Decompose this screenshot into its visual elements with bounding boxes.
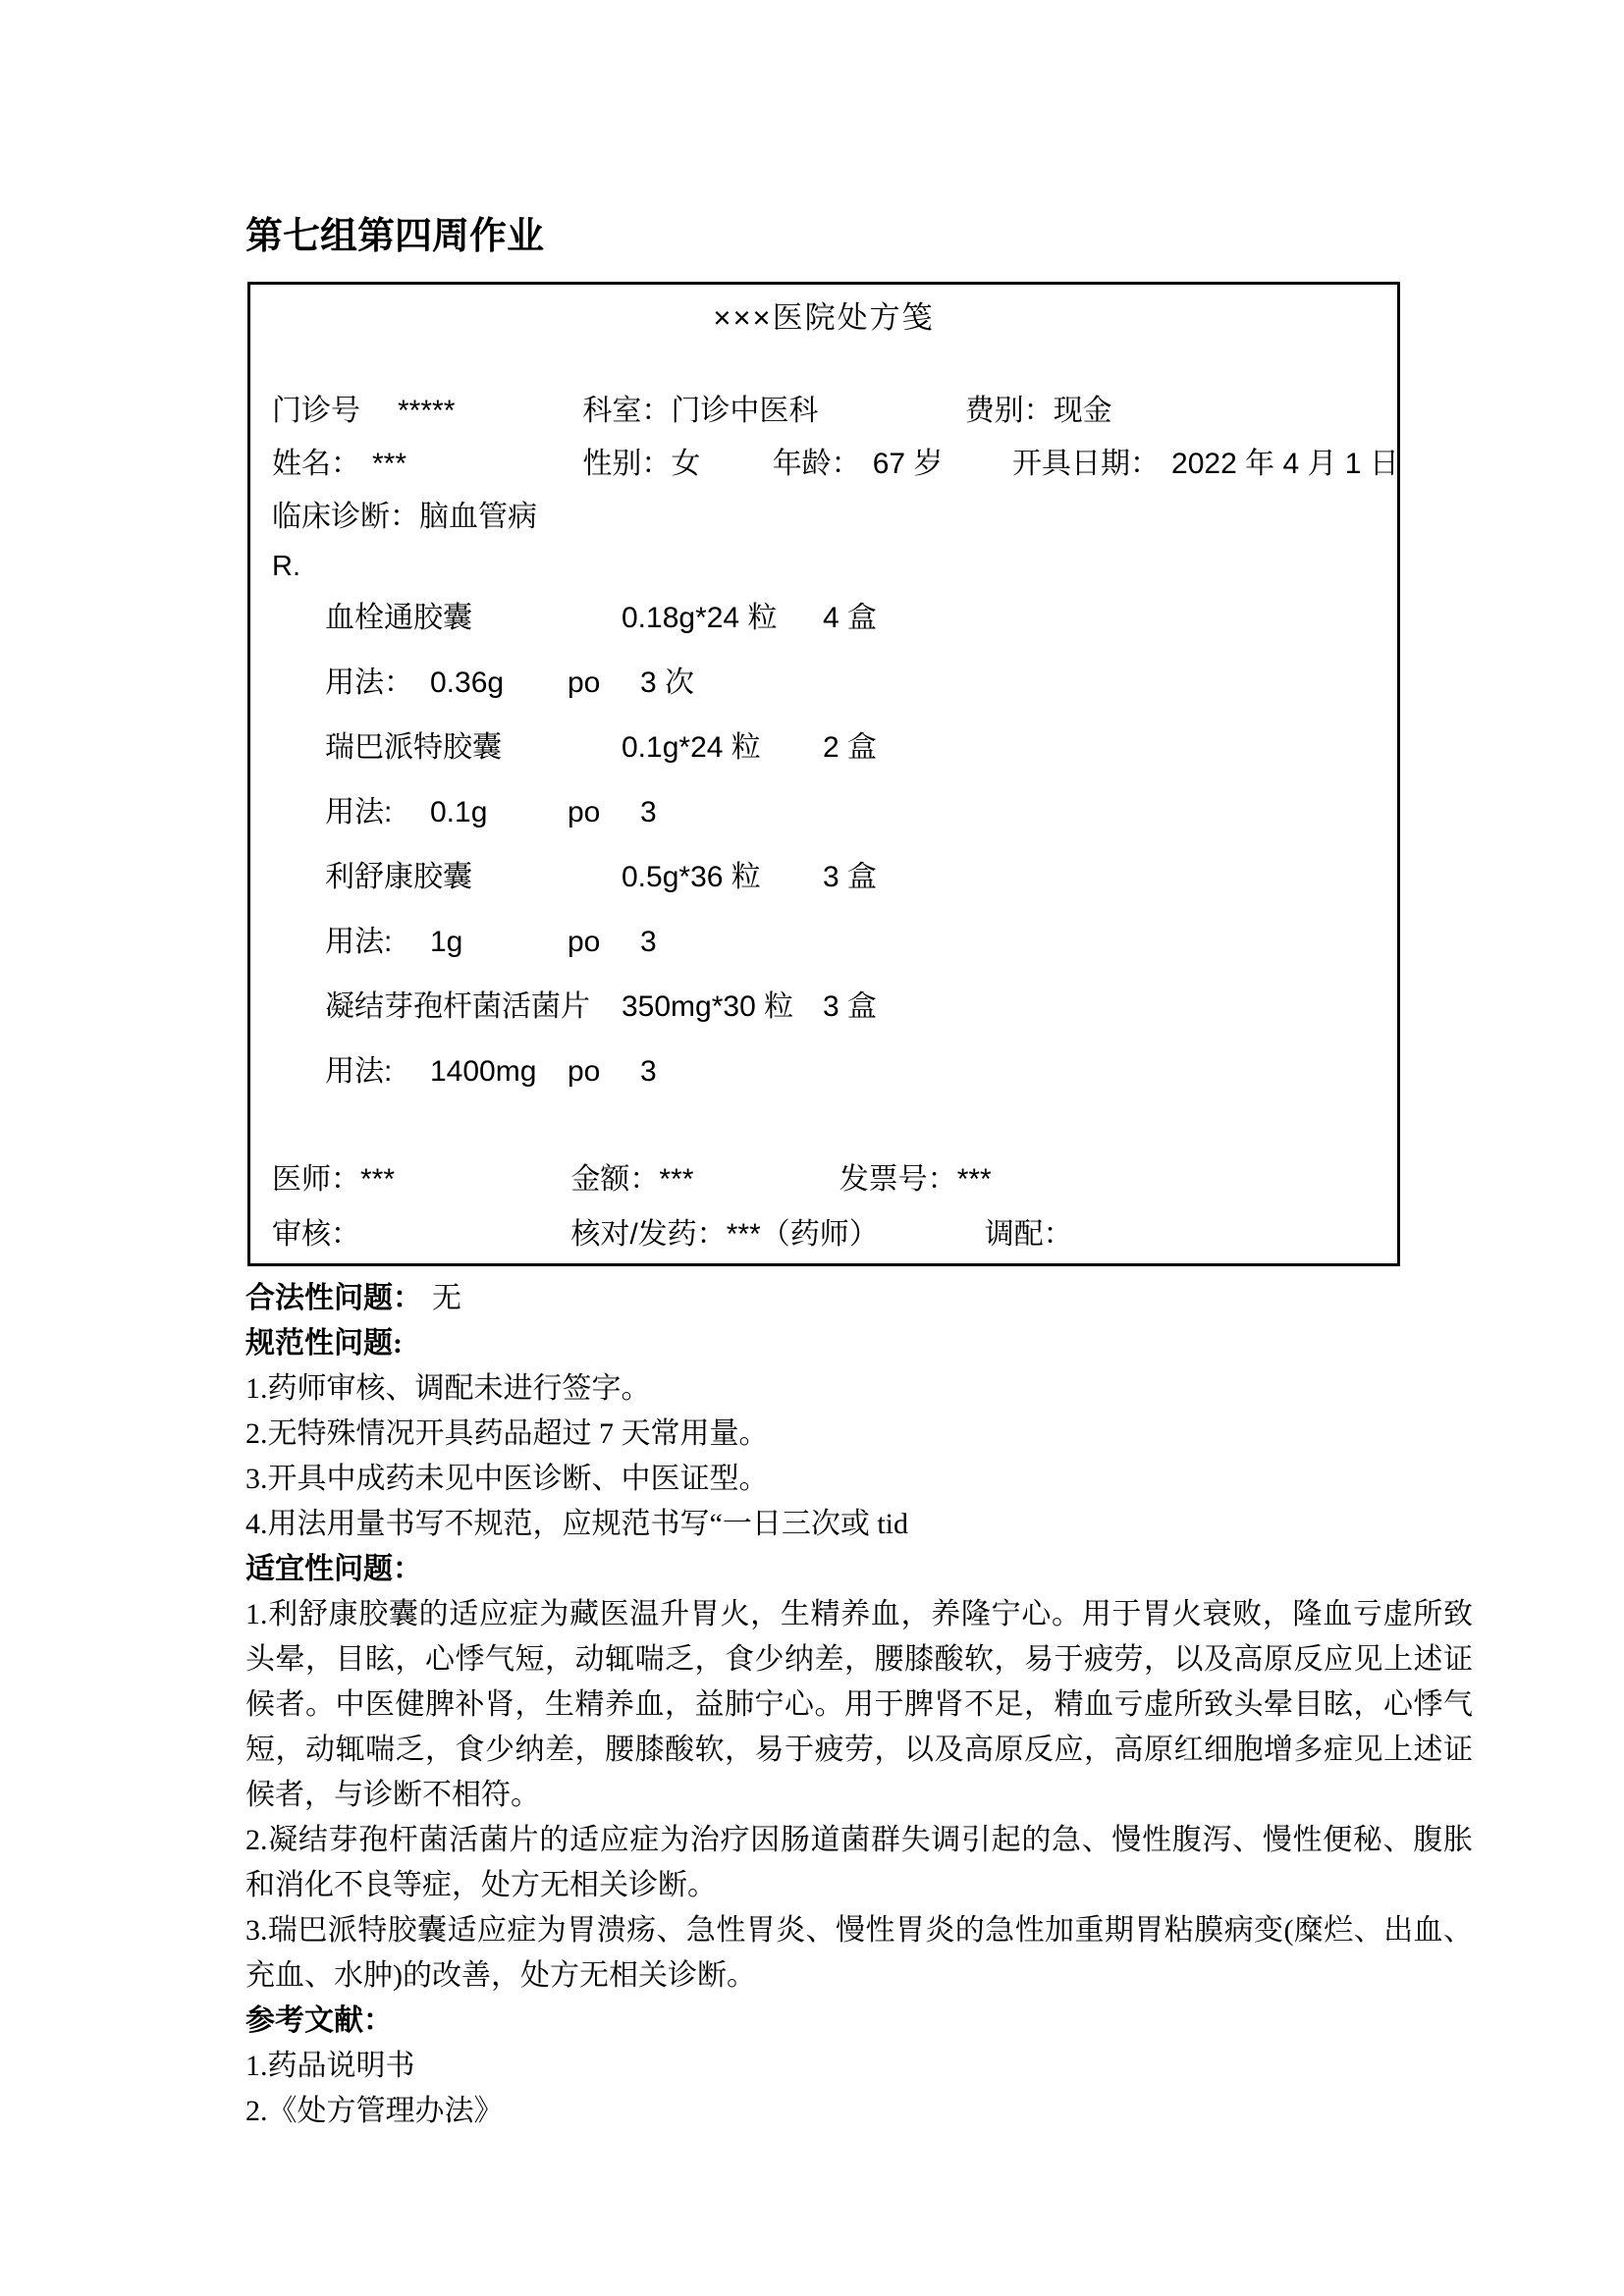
- medication-quantity: 3 盒: [823, 861, 877, 893]
- usage-label: 用法:: [325, 1054, 430, 1090]
- amount-value: ***: [659, 1163, 693, 1196]
- medication-quantity: 4 盒: [823, 602, 877, 634]
- outpatient-no-label: 门诊号: [272, 395, 360, 427]
- standardization-heading: 规范性问题:: [245, 1321, 1473, 1366]
- medication-list: 血栓通胶囊0.18g*24 粒4 盒 用法：0.36gpo3 次 瑞巴派特胶囊0…: [325, 601, 1376, 1090]
- reference-item: 1.药品说明书: [245, 2044, 1473, 2089]
- references-heading: 参考文献：: [245, 1999, 1473, 2044]
- usage-frequency: 3: [640, 796, 657, 828]
- usage-route: po: [568, 666, 640, 701]
- usage-label: 用法：: [325, 666, 430, 701]
- usage-frequency: 3: [640, 1055, 657, 1088]
- usage-dose: 1400mg: [430, 1054, 568, 1090]
- usage-dose: 1g: [430, 925, 568, 960]
- standardization-item: 3.开具中成药未见中医诊断、中医证型。: [245, 1457, 1473, 1502]
- legality-line: 合法性问题：无: [245, 1276, 1473, 1321]
- analysis-section: 合法性问题：无 规范性问题: 1.药师审核、调配未进行签字。 2.无特殊情况开具…: [245, 1276, 1473, 2134]
- prescription-title: ×××医院处方笺: [272, 298, 1376, 338]
- diagnosis-label: 临床诊断：: [272, 501, 419, 533]
- medication-row: 血栓通胶囊0.18g*24 粒4 盒: [325, 601, 1376, 636]
- medication-spec: 0.18g*24 粒: [622, 601, 823, 636]
- rx-symbol: R.: [272, 546, 1376, 587]
- usage-row: 用法：0.36gpo3 次: [325, 666, 1376, 701]
- usage-route: po: [568, 795, 640, 830]
- gender-label: 性别：: [582, 448, 671, 480]
- compound-field: 调配：: [985, 1207, 1073, 1262]
- usage-frequency: 3 次: [640, 667, 694, 699]
- fee-type-label: 费别：: [965, 395, 1054, 427]
- review-field: 审核：: [272, 1207, 563, 1262]
- invoice-field: 发票号：***: [839, 1152, 992, 1207]
- amount-label: 金额：: [570, 1163, 659, 1196]
- usage-label: 用法:: [325, 925, 430, 960]
- patient-info-row-2: 姓名：*** 性别：女 年龄：67 岁 开具日期：2022 年 4 月 1 日: [272, 438, 1376, 491]
- patient-name-label: 姓名：: [272, 448, 360, 480]
- medication-quantity: 3 盒: [823, 990, 877, 1023]
- suitability-item: 1.利舒康胶囊的适应症为藏医温升胃火，生精养血，养隆宁心。用于胃火衰败，隆血亏虚…: [245, 1592, 1473, 1818]
- gender-field: 性别：女: [582, 438, 764, 491]
- prescription-footer: 医师：*** 金额：*** 发票号：*** 审核： 核对/发药：***（药师） …: [272, 1152, 1376, 1262]
- department-label: 科室：: [582, 395, 671, 427]
- patient-name-value: ***: [372, 448, 406, 480]
- usage-row: 用法:1gpo3: [325, 925, 1376, 960]
- amount-field: 金额：***: [570, 1152, 831, 1207]
- fee-type-value: 现金: [1054, 395, 1112, 427]
- usage-dose: 0.1g: [430, 795, 568, 830]
- page-title: 第七组第四周作业: [245, 211, 1473, 262]
- issue-date-value: 2022 年 4 月 1 日: [1171, 448, 1399, 480]
- physician-label: 医师：: [272, 1163, 360, 1196]
- legality-value: 无: [432, 1282, 461, 1314]
- patient-name-field: 姓名：***: [272, 438, 574, 491]
- department-value: 门诊中医科: [671, 395, 818, 427]
- medication-row: 利舒康胶囊0.5g*36 粒3 盒: [325, 860, 1376, 895]
- dispense-field: 核对/发药：***（药师）: [570, 1207, 976, 1262]
- medication-entry: 凝结芽孢杆菌活菌片350mg*30 粒3 盒 用法:1400mgpo3: [325, 989, 1376, 1090]
- document-page: 第七组第四周作业 ×××医院处方笺 门诊号***** 科室：门诊中医科 费别：现…: [0, 0, 1624, 2296]
- gender-value: 女: [671, 448, 700, 480]
- medication-quantity: 2 盒: [823, 731, 877, 764]
- footer-row-2: 审核： 核对/发药：***（药师） 调配：: [272, 1207, 1376, 1262]
- physician-value: ***: [360, 1163, 395, 1196]
- standardization-item: 4.用法用量书写不规范，应规范书写“一日三次或 tid: [245, 1502, 1473, 1547]
- reference-item: 2.《处方管理办法》: [245, 2089, 1473, 2134]
- medication-name: 瑞巴派特胶囊: [325, 730, 622, 766]
- department-field: 科室：门诊中医科: [582, 385, 956, 438]
- patient-info-row-1: 门诊号***** 科室：门诊中医科 费别：现金: [272, 385, 1376, 438]
- medication-spec: 0.1g*24 粒: [622, 730, 823, 766]
- physician-field: 医师：***: [272, 1152, 563, 1207]
- standardization-item: 2.无特殊情况开具药品超过 7 天常用量。: [245, 1412, 1473, 1457]
- diagnosis-field: 临床诊断：脑血管病: [272, 491, 537, 544]
- dispense-label: 核对/发药：: [570, 1218, 726, 1251]
- legality-label: 合法性问题：: [245, 1282, 422, 1314]
- issue-date-label: 开具日期：: [1012, 448, 1160, 480]
- footer-row-1: 医师：*** 金额：*** 发票号：***: [272, 1152, 1376, 1207]
- medication-row: 瑞巴派特胶囊0.1g*24 粒2 盒: [325, 730, 1376, 766]
- issue-date-field: 开具日期：2022 年 4 月 1 日: [1012, 438, 1399, 491]
- suitability-item: 3.瑞巴派特胶囊适应症为胃溃疡、急性胃炎、慢性胃炎的急性加重期胃粘膜病变(糜烂、…: [245, 1908, 1473, 1999]
- medication-name: 血栓通胶囊: [325, 601, 622, 636]
- medication-entry: 瑞巴派特胶囊0.1g*24 粒2 盒 用法:0.1gpo3: [325, 730, 1376, 830]
- usage-route: po: [568, 1054, 640, 1090]
- usage-frequency: 3: [640, 926, 657, 958]
- standardization-item: 1.药师审核、调配未进行签字。: [245, 1366, 1473, 1412]
- fee-type-field: 费别：现金: [965, 385, 1112, 438]
- review-label: 审核：: [272, 1218, 360, 1251]
- medication-spec: 350mg*30 粒: [622, 989, 823, 1025]
- patient-info-row-3: 临床诊断：脑血管病: [272, 491, 1376, 544]
- usage-row: 用法:0.1gpo3: [325, 795, 1376, 830]
- outpatient-no-value: *****: [398, 395, 455, 427]
- medication-row: 凝结芽孢杆菌活菌片350mg*30 粒3 盒: [325, 989, 1376, 1025]
- compound-label: 调配：: [985, 1218, 1073, 1251]
- medication-name: 凝结芽孢杆菌活菌片: [325, 989, 622, 1025]
- prescription-form: ×××医院处方笺 门诊号***** 科室：门诊中医科 费别：现金 姓名：*** …: [247, 282, 1400, 1266]
- usage-row: 用法:1400mgpo3: [325, 1054, 1376, 1090]
- usage-label: 用法:: [325, 795, 430, 830]
- invoice-value: ***: [957, 1163, 992, 1196]
- usage-route: po: [568, 925, 640, 960]
- dispense-value: ***（药师）: [727, 1218, 879, 1251]
- invoice-label: 发票号：: [839, 1163, 957, 1196]
- medication-entry: 血栓通胶囊0.18g*24 粒4 盒 用法：0.36gpo3 次: [325, 601, 1376, 701]
- medication-spec: 0.5g*36 粒: [622, 860, 823, 895]
- suitability-heading: 适宜性问题：: [245, 1547, 1473, 1592]
- medication-name: 利舒康胶囊: [325, 860, 622, 895]
- suitability-item: 2.凝结芽孢杆菌活菌片的适应症为治疗因肠道菌群失调引起的急、慢性腹泻、慢性便秘、…: [245, 1818, 1473, 1908]
- outpatient-no-field: 门诊号*****: [272, 385, 574, 438]
- diagnosis-value: 脑血管病: [419, 501, 537, 533]
- usage-dose: 0.36g: [430, 666, 568, 701]
- age-value: 67 岁: [873, 448, 944, 480]
- medication-entry: 利舒康胶囊0.5g*36 粒3 盒 用法:1gpo3: [325, 860, 1376, 960]
- age-label: 年龄：: [773, 448, 861, 480]
- age-field: 年龄：67 岁: [773, 438, 1004, 491]
- patient-info: 门诊号***** 科室：门诊中医科 费别：现金 姓名：*** 性别：女 年龄：6…: [272, 385, 1376, 544]
